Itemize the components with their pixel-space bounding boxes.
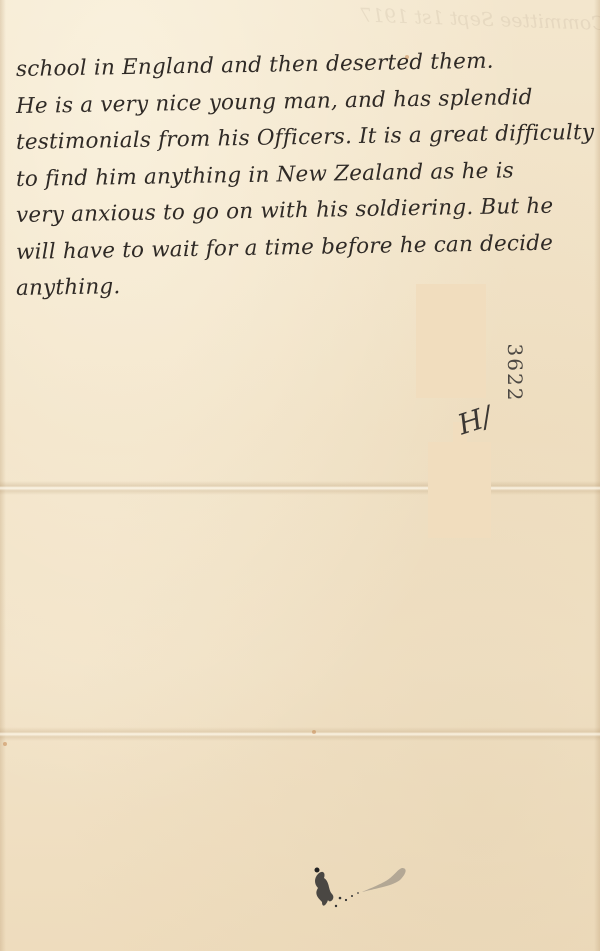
paper-edge-right [594, 0, 600, 951]
paper-edge-left [0, 0, 6, 951]
archive-number: 3622 [505, 341, 527, 405]
letter-body: school in England and then deserted them… [16, 52, 591, 308]
fold-crease-lower [0, 727, 600, 741]
paper-stain [3, 742, 7, 746]
paper-stain [405, 55, 409, 59]
fold-crease-upper [0, 481, 600, 495]
letter-page: Ladies' Committee Sept 1st 1917 school i… [0, 0, 600, 951]
ink-blot-icon [300, 860, 420, 920]
show-through-text: Ladies' Committee Sept 1st 1917 [360, 4, 600, 37]
redaction-patch [416, 284, 486, 398]
redaction-patch [428, 442, 491, 538]
paper-stain [312, 730, 316, 734]
